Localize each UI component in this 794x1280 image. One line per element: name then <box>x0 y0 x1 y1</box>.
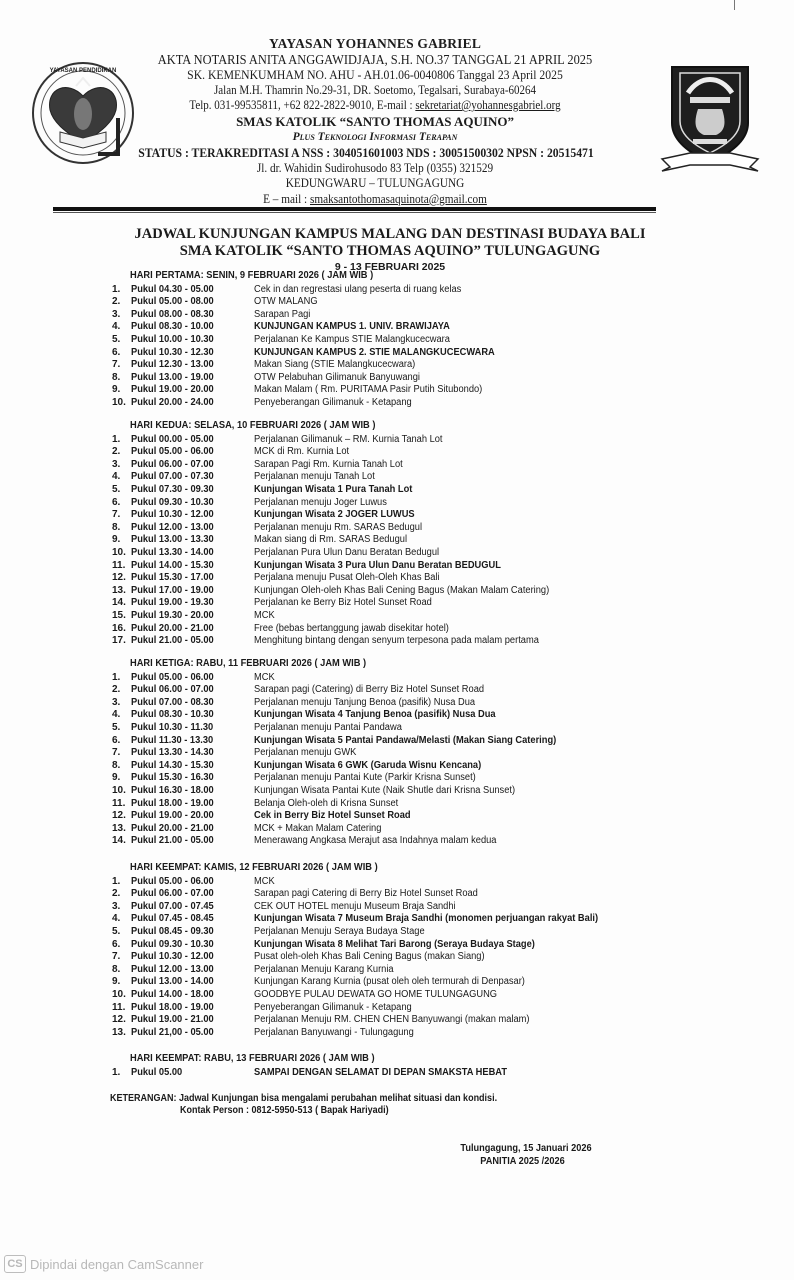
row-activity: Perjalanan menuju Tanjung Benoa (pasifik… <box>254 696 475 709</box>
row-activity: OTW MALANG <box>254 295 318 308</box>
letterhead: YAYASAN PENDIDIKAN YAYASAN YOHANNES GABR… <box>0 0 794 215</box>
schedule-row: 7.Pukul 12.30 - 13.00Makan Siang (STIE M… <box>0 358 794 371</box>
schedule-row: 2.Pukul 05.00 - 06.00MCK di Rm. Kurnia L… <box>0 445 794 458</box>
row-number: 6. <box>112 734 120 747</box>
schedule-row: 5.Pukul 07.30 - 09.30Kunjungan Wisata 1 … <box>0 483 794 496</box>
row-number: 3. <box>112 900 120 913</box>
camscanner-logo-icon: CS <box>4 1255 26 1273</box>
row-time: Pukul 08.45 - 09.30 <box>131 925 214 938</box>
foundation-contact: Telp. 031-99535811, +62 822-2822-9010, E… <box>137 98 612 114</box>
row-time: Pukul 19.00 - 20.00 <box>131 809 214 822</box>
row-time: Pukul 05.00 - 06.00 <box>131 445 214 458</box>
remark-note: KETERANGAN: Jadwal Kunjungan bisa mengal… <box>110 1093 497 1104</box>
row-time: Pukul 13.00 - 19.00 <box>131 371 214 384</box>
foundation-phone: Telp. 031-99535811, +62 822-2822-9010, E… <box>189 98 415 112</box>
row-number: 13. <box>112 822 126 835</box>
row-number: 4. <box>112 320 120 333</box>
row-activity: Makan siang di Rm. SARAS Bedugul <box>254 533 407 546</box>
schedule-row: 14.Pukul 19.00 - 19.30Perjalanan ke Berr… <box>0 596 794 609</box>
row-activity: MCK <box>254 609 275 622</box>
schedule-row: 1.Pukul 05.00 - 06.00MCK <box>0 875 794 888</box>
row-time: Pukul 19.00 - 21.00 <box>131 1013 214 1026</box>
school-email-link[interactable]: smaksantothomasaquinota@gmail.com <box>310 192 487 206</box>
row-activity: MCK <box>254 875 275 888</box>
row-number: 7. <box>112 746 120 759</box>
schedule-row: 1.Pukul 04.30 - 05.00Cek in dan regresta… <box>0 283 794 296</box>
row-activity: Kunjungan Karang Kurnia (pusat oleh oleh… <box>254 975 525 988</box>
row-activity: Perjalanan Menuju Seraya Budaya Stage <box>254 925 425 938</box>
row-activity: Sarapan Pagi <box>254 308 310 321</box>
schedule-row: 2.Pukul 06.00 - 07.00Sarapan pagi (Cater… <box>0 683 794 696</box>
row-number: 10. <box>112 784 126 797</box>
row-number: 8. <box>112 963 120 976</box>
row-activity: MCK di Rm. Kurnia Lot <box>254 445 349 458</box>
day-heading: HARI KEDUA: SELASA, 10 FEBRUARI 2026 ( J… <box>130 420 375 431</box>
schedule-row: 5.Pukul 08.45 - 09.30Perjalanan Menuju S… <box>0 925 794 938</box>
row-time: Pukul 14.00 - 15.30 <box>131 559 214 572</box>
row-activity: Perjalanan Menuju Karang Kurnia <box>254 963 394 976</box>
row-time: Pukul 04.30 - 05.00 <box>131 283 214 296</box>
notary-deed: AKTA NOTARIS ANITA ANGGAWIDJAJA, S.H. NO… <box>127 52 624 68</box>
schedule-row: 3.Pukul 07.00 - 07.45CEK OUT HOTEL menuj… <box>0 900 794 913</box>
schedule-row: 16.Pukul 20.00 - 21.00Free (bebas bertan… <box>0 622 794 635</box>
schedule-row: 11.Pukul 18.00 - 19.00Penyeberangan Gili… <box>0 1001 794 1014</box>
row-number: 14. <box>112 834 126 847</box>
day-heading: HARI KEEMPAT: RABU, 13 FEBRUARI 2026 ( J… <box>130 1053 375 1064</box>
row-activity: Makan Malam ( Rm. PURITAMA Pasir Putih S… <box>254 383 482 396</box>
row-number: 5. <box>112 925 120 938</box>
row-number: 7. <box>112 950 120 963</box>
row-activity: Perjalanan Banyuwangi - Tulungagung <box>254 1026 414 1039</box>
schedule-row: 9.Pukul 15.30 - 16.30Perjalanan menuju P… <box>0 771 794 784</box>
row-number: 10. <box>112 546 126 559</box>
schedule-row: 2.Pukul 05.00 - 08.00OTW MALANG <box>0 295 794 308</box>
schedule-row: 4.Pukul 08.30 - 10.00KUNJUNGAN KAMPUS 1.… <box>0 320 794 333</box>
row-activity: GOODBYE PULAU DEWATA GO HOME TULUNGAGUNG <box>254 988 497 1001</box>
row-time: Pukul 06.00 - 07.00 <box>131 683 214 696</box>
row-time: Pukul 14.30 - 15.30 <box>131 759 214 772</box>
watermark-text: Dipindai dengan CamScanner <box>30 1257 203 1272</box>
place-date: Tulungagung, 15 Januari 2026 <box>460 1142 584 1155</box>
schedule-row: 9.Pukul 19.00 - 20.00Makan Malam ( Rm. P… <box>0 383 794 396</box>
row-number: 11. <box>112 797 125 810</box>
row-activity: Kunjungan Wisata Pantai Kute (Naik Shutl… <box>254 784 515 797</box>
row-number: 1. <box>112 283 120 296</box>
row-activity: Perjalanan Gilimanuk – RM. Kurnia Tanah … <box>254 433 443 446</box>
schedule-row: 4.Pukul 07.00 - 07.30Perjalanan menuju T… <box>0 470 794 483</box>
row-number: 17. <box>112 634 126 647</box>
schedule-row: 10.Pukul 16.30 - 18.00Kunjungan Wisata P… <box>0 784 794 797</box>
day-heading: HARI KEEMPAT: KAMIS, 12 FEBRUARI 2026 ( … <box>130 862 378 873</box>
school-email-line: E – mail : smaksantothomasaquinota@gmail… <box>132 192 618 208</box>
camscanner-watermark: CS Dipindai dengan CamScanner <box>4 1255 203 1273</box>
row-number: 3. <box>112 696 120 709</box>
row-time: Pukul 12.00 - 13.00 <box>131 521 214 534</box>
row-number: 5. <box>112 483 120 496</box>
day-heading: HARI PERTAMA: SENIN, 9 FEBRUARI 2026 ( J… <box>130 270 373 281</box>
row-number: 5. <box>112 721 120 734</box>
row-activity: Kunjungan Wisata 3 Pura Ulun Danu Berata… <box>254 559 501 572</box>
foundation-email-link[interactable]: sekretariat@yohannesgabriel.org <box>415 98 560 112</box>
row-number: 13. <box>112 1026 126 1039</box>
row-activity: Cek in Berry Biz Hotel Sunset Road <box>254 809 411 822</box>
schedule-row: 3.Pukul 06.00 - 07.00Sarapan Pagi Rm. Ku… <box>0 458 794 471</box>
row-number: 4. <box>112 708 120 721</box>
schedule-row: 15.Pukul 19.30 - 20.00MCK <box>0 609 794 622</box>
row-time: Pukul 20.00 - 21.00 <box>131 822 214 835</box>
row-number: 2. <box>112 683 120 696</box>
row-activity: OTW Pelabuhan Gilimanuk Banyuwangi <box>254 371 420 384</box>
row-time: Pukul 09.30 - 10.30 <box>131 496 214 509</box>
row-time: Pukul 20.00 - 24.00 <box>131 396 214 409</box>
schedule-row: 3.Pukul 07.00 - 08.30Perjalanan menuju T… <box>0 696 794 709</box>
document-title: JADWAL KUNJUNGAN KAMPUS MALANG DAN DESTI… <box>100 226 680 274</box>
row-time: Pukul 07.45 - 08.45 <box>131 912 214 925</box>
schedule-row: 11.Pukul 18.00 - 19.00Belanja Oleh-oleh … <box>0 797 794 810</box>
row-activity: Penyeberangan Gilimanuk - Ketapang <box>254 396 412 409</box>
committee-name: PANITIA 2025 /2026 <box>460 1155 584 1168</box>
row-time: Pukul 05.00 - 06.00 <box>131 671 214 684</box>
row-number: 4. <box>112 912 120 925</box>
row-time: Pukul 13.00 - 13.30 <box>131 533 214 546</box>
row-activity: Penyeberangan Gilimanuk - Ketapang <box>254 1001 412 1014</box>
schedule-row: 11.Pukul 14.00 - 15.30Kunjungan Wisata 3… <box>0 559 794 572</box>
row-time: Pukul 05.00 - 08.00 <box>131 295 214 308</box>
row-activity: Kunjungan Wisata 1 Pura Tanah Lot <box>254 483 412 496</box>
row-time: Pukul 00.00 - 05.00 <box>131 433 214 446</box>
row-activity: CEK OUT HOTEL menuju Museum Braja Sandhi <box>254 900 456 913</box>
row-number: 5. <box>112 333 120 346</box>
row-number: 11. <box>112 559 125 572</box>
schedule-row: 13.Pukul 17.00 - 19.00Kunjungan Oleh-ole… <box>0 584 794 597</box>
row-time: Pukul 13.00 - 14.00 <box>131 975 214 988</box>
row-activity: Kunjungan Oleh-oleh Khas Bali Cening Bag… <box>254 584 549 597</box>
scanned-document-page: YAYASAN PENDIDIKAN YAYASAN YOHANNES GABR… <box>0 0 794 1280</box>
row-activity: Kunjungan Wisata 2 JOGER LUWUS <box>254 508 415 521</box>
school-shield-logo-icon <box>660 63 760 173</box>
row-time: Pukul 19.00 - 20.00 <box>131 383 214 396</box>
school-name: SMAS KATOLIK “SANTO THOMAS AQUINO” <box>105 114 645 130</box>
row-time: Pukul 14.00 - 18.00 <box>131 988 214 1001</box>
row-time: Pukul 06.00 - 07.00 <box>131 458 214 471</box>
row-time: Pukul 07.30 - 09.30 <box>131 483 214 496</box>
row-time: Pukul 18.00 - 19.00 <box>131 1001 214 1014</box>
row-time: Pukul 05.00 <box>131 1066 182 1079</box>
row-time: Pukul 19.30 - 20.00 <box>131 609 214 622</box>
schedule-row: 9.Pukul 13.00 - 14.00Kunjungan Karang Ku… <box>0 975 794 988</box>
row-number: 1. <box>112 671 120 684</box>
schedule-row: 1.Pukul 05.00SAMPAI DENGAN SELAMAT DI DE… <box>0 1066 794 1079</box>
schedule-row: 8.Pukul 12.00 - 13.00Perjalanan Menuju K… <box>0 963 794 976</box>
schedule-row: 1.Pukul 00.00 - 05.00Perjalanan Gilimanu… <box>0 433 794 446</box>
signature-block: Tulungagung, 15 Januari 2026 PANITIA 202… <box>455 1142 590 1168</box>
schedule-row: 9.Pukul 13.00 - 13.30Makan siang di Rm. … <box>0 533 794 546</box>
schedule-row: 13.Pukul 21,00 - 05.00Perjalanan Banyuwa… <box>0 1026 794 1039</box>
row-number: 3. <box>112 458 120 471</box>
row-activity: KUNJUNGAN KAMPUS 1. UNIV. BRAWIJAYA <box>254 320 450 333</box>
row-time: Pukul 10.30 - 12.00 <box>131 508 214 521</box>
row-time: Pukul 10.30 - 11.30 <box>131 721 213 734</box>
row-number: 8. <box>112 371 120 384</box>
schedule-row: 2.Pukul 06.00 - 07.00Sarapan pagi Cateri… <box>0 887 794 900</box>
schedule-row: 8.Pukul 14.30 - 15.30Kunjungan Wisata 6 … <box>0 759 794 772</box>
row-time: Pukul 21.00 - 05.00 <box>131 834 214 847</box>
row-time: Pukul 07.00 - 07.30 <box>131 470 214 483</box>
row-number: 4. <box>112 470 120 483</box>
row-time: Pukul 08.30 - 10.00 <box>131 320 214 333</box>
row-time: Pukul 13.30 - 14.00 <box>131 546 214 559</box>
schedule-row: 7.Pukul 10.30 - 12.00Kunjungan Wisata 2 … <box>0 508 794 521</box>
school-city: KEDUNGWARU – TULUNGAGUNG <box>132 176 618 192</box>
row-number: 13. <box>112 584 126 597</box>
school-tagline: Plus Teknologi Informasi Terapan <box>105 130 645 146</box>
title-line-2: SMA KATOLIK “SANTO THOMAS AQUINO” TULUNG… <box>100 243 680 260</box>
row-number: 1. <box>112 875 120 888</box>
row-time: Pukul 20.00 - 21.00 <box>131 622 214 635</box>
schedule-row: 3.Pukul 08.00 - 08.30Sarapan Pagi <box>0 308 794 321</box>
row-number: 9. <box>112 771 120 784</box>
row-number: 8. <box>112 521 120 534</box>
row-number: 14. <box>112 596 126 609</box>
row-time: Pukul 07.00 - 08.30 <box>131 696 214 709</box>
foundation-name: YAYASAN YOHANNES GABRIEL <box>105 36 645 52</box>
schedule-row: 8.Pukul 13.00 - 19.00OTW Pelabuhan Gilim… <box>0 371 794 384</box>
schedule-row: 6.Pukul 11.30 - 13.30Kunjungan Wisata 5 … <box>0 734 794 747</box>
row-number: 1. <box>112 433 120 446</box>
row-activity: Free (bebas bertanggung jawab disekitar … <box>254 622 449 635</box>
row-time: Pukul 08.30 - 10.30 <box>131 708 214 721</box>
row-activity: Sarapan pagi Catering di Berry Biz Hotel… <box>254 887 478 900</box>
contact-person: Kontak Person : 0812-5950-513 ( Bapak Ha… <box>180 1105 389 1116</box>
row-activity: Perjalanan menuju Rm. SARAS Bedugul <box>254 521 422 534</box>
row-time: Pukul 10.30 - 12.30 <box>131 346 214 359</box>
accreditation-status: STATUS : TERAKREDITASI A NSS : 304051601… <box>115 145 617 161</box>
row-activity: Kunjungan Wisata 6 GWK (Garuda Wisnu Ken… <box>254 759 481 772</box>
row-time: Pukul 05.00 - 06.00 <box>131 875 214 888</box>
row-activity: Makan Siang (STIE Malangkucecwara) <box>254 358 415 371</box>
row-number: 6. <box>112 496 120 509</box>
schedule-row: 14.Pukul 21.00 - 05.00Menerawang Angkasa… <box>0 834 794 847</box>
schedule-row: 6.Pukul 09.30 - 10.30Perjalanan menuju J… <box>0 496 794 509</box>
schedule-row: 13.Pukul 20.00 - 21.00MCK + Makan Malam … <box>0 822 794 835</box>
row-activity: Perjalanan menuju Joger Luwus <box>254 496 387 509</box>
row-activity: Sarapan Pagi Rm. Kurnia Tanah Lot <box>254 458 403 471</box>
letterhead-divider-thin <box>53 212 656 213</box>
row-activity: Kunjungan Wisata 7 Museum Braja Sandhi (… <box>254 912 598 925</box>
row-activity: Perjalanan Menuju RM. CHEN CHEN Banyuwan… <box>254 1013 529 1026</box>
row-activity: Perjalana menuju Pusat Oleh-Oleh Khas Ba… <box>254 571 440 584</box>
row-time: Pukul 15.30 - 17.00 <box>131 571 214 584</box>
row-time: Pukul 07.00 - 07.45 <box>131 900 214 913</box>
row-number: 2. <box>112 887 120 900</box>
row-time: Pukul 16.30 - 18.00 <box>131 784 214 797</box>
schedule-row: 4.Pukul 08.30 - 10.30Kunjungan Wisata 4 … <box>0 708 794 721</box>
row-activity: Belanja Oleh-oleh di Krisna Sunset <box>254 797 398 810</box>
school-address: Jl. dr. Wahidin Sudirohusodo 83 Telp (03… <box>132 161 618 177</box>
row-activity: Perjalanan menuju Pantai Pandawa <box>254 721 402 734</box>
row-activity: MCK + Makan Malam Catering <box>254 822 381 835</box>
row-time: Pukul 13.30 - 14.30 <box>131 746 214 759</box>
row-time: Pukul 11.30 - 13.30 <box>131 734 213 747</box>
row-activity: Kunjungan Wisata 4 Tanjung Benoa (pasifi… <box>254 708 496 721</box>
schedule-row: 1.Pukul 05.00 - 06.00MCK <box>0 671 794 684</box>
row-activity: Menghitung bintang dengan senyum terpeso… <box>254 634 539 647</box>
row-number: 10. <box>112 988 126 1001</box>
row-number: 3. <box>112 308 120 321</box>
row-activity: Perjalanan Pura Ulun Danu Beratan Bedugu… <box>254 546 439 559</box>
schedule-row: 12.Pukul 19.00 - 21.00Perjalanan Menuju … <box>0 1013 794 1026</box>
row-number: 6. <box>112 938 120 951</box>
schedule-row: 10.Pukul 20.00 - 24.00Penyeberangan Gili… <box>0 396 794 409</box>
schedule-row: 10.Pukul 14.00 - 18.00GOODBYE PULAU DEWA… <box>0 988 794 1001</box>
row-time: Pukul 15.30 - 16.30 <box>131 771 214 784</box>
row-number: 16. <box>112 622 126 635</box>
row-activity: Perjalanan menuju Tanah Lot <box>254 470 375 483</box>
row-number: 12. <box>112 809 126 822</box>
row-activity: MCK <box>254 671 275 684</box>
row-activity: KUNJUNGAN KAMPUS 2. STIE MALANGKUCECWARA <box>254 346 495 359</box>
ministry-decree: SK. KEMENKUMHAM NO. AHU - AH.01.06-00408… <box>132 67 618 83</box>
row-number: 6. <box>112 346 120 359</box>
row-activity: Cek in dan regrestasi ulang peserta di r… <box>254 283 461 296</box>
schedule-row: 12.Pukul 19.00 - 20.00Cek in Berry Biz H… <box>0 809 794 822</box>
row-activity: Sarapan pagi (Catering) di Berry Biz Hot… <box>254 683 484 696</box>
row-time: Pukul 09.30 - 10.30 <box>131 938 214 951</box>
row-number: 1. <box>112 1066 120 1079</box>
foundation-address: Jalan M.H. Thamrin No.29-31, DR. Soetomo… <box>137 83 612 99</box>
row-number: 15. <box>112 609 126 622</box>
row-time: Pukul 06.00 - 07.00 <box>131 887 214 900</box>
schedule-row: 6.Pukul 09.30 - 10.30Kunjungan Wisata 8 … <box>0 938 794 951</box>
row-activity: Perjalanan Ke Kampus STIE Malangkucecwar… <box>254 333 450 346</box>
row-activity: Kunjungan Wisata 5 Pantai Pandawa/Melast… <box>254 734 556 747</box>
row-number: 12. <box>112 571 126 584</box>
row-time: Pukul 18.00 - 19.00 <box>131 797 214 810</box>
row-time: Pukul 17.00 - 19.00 <box>131 584 214 597</box>
schedule-row: 7.Pukul 10.30 - 12.00Pusat oleh-oleh Kha… <box>0 950 794 963</box>
row-activity: Perjalanan menuju Pantai Kute (Parkir Kr… <box>254 771 476 784</box>
row-number: 9. <box>112 975 120 988</box>
schedule-row: 4.Pukul 07.45 - 08.45Kunjungan Wisata 7 … <box>0 912 794 925</box>
row-time: Pukul 12.30 - 13.00 <box>131 358 214 371</box>
row-number: 10. <box>112 396 126 409</box>
schedule-row: 7.Pukul 13.30 - 14.30Perjalanan menuju G… <box>0 746 794 759</box>
row-number: 11. <box>112 1001 125 1014</box>
schedule-row: 5.Pukul 10.30 - 11.30Perjalanan menuju P… <box>0 721 794 734</box>
row-number: 7. <box>112 358 120 371</box>
row-number: 2. <box>112 445 120 458</box>
row-activity: SAMPAI DENGAN SELAMAT DI DEPAN SMAKSTA H… <box>254 1066 507 1079</box>
title-line-1: JADWAL KUNJUNGAN KAMPUS MALANG DAN DESTI… <box>100 226 680 243</box>
row-number: 7. <box>112 508 120 521</box>
schedule-row: 12.Pukul 15.30 - 17.00Perjalana menuju P… <box>0 571 794 584</box>
school-email-label: E – mail : <box>263 192 310 206</box>
row-activity: Perjalanan ke Berry Biz Hotel Sunset Roa… <box>254 596 432 609</box>
row-time: Pukul 21,00 - 05.00 <box>131 1026 214 1039</box>
schedule-row: 8.Pukul 12.00 - 13.00Perjalanan menuju R… <box>0 521 794 534</box>
row-number: 8. <box>112 759 120 772</box>
day-heading: HARI KETIGA: RABU, 11 FEBRUARI 2026 ( JA… <box>130 658 366 669</box>
row-number: 9. <box>112 383 120 396</box>
letterhead-text: YAYASAN YOHANNES GABRIEL AKTA NOTARIS AN… <box>105 36 645 208</box>
row-time: Pukul 21.00 - 05.00 <box>131 634 214 647</box>
schedule-row: 6.Pukul 10.30 - 12.30KUNJUNGAN KAMPUS 2.… <box>0 346 794 359</box>
row-activity: Pusat oleh-oleh Khas Bali Cening Bagus (… <box>254 950 485 963</box>
row-time: Pukul 12.00 - 13.00 <box>131 963 214 976</box>
row-time: Pukul 10.30 - 12.00 <box>131 950 214 963</box>
letterhead-divider <box>53 207 656 211</box>
row-activity: Menerawang Angkasa Merajut asa Indahnya … <box>254 834 496 847</box>
row-activity: Kunjungan Wisata 8 Melihat Tari Barong (… <box>254 938 535 951</box>
schedule-row: 5.Pukul 10.00 - 10.30Perjalanan Ke Kampu… <box>0 333 794 346</box>
row-time: Pukul 19.00 - 19.30 <box>131 596 214 609</box>
schedule-row: 10.Pukul 13.30 - 14.00Perjalanan Pura Ul… <box>0 546 794 559</box>
row-number: 9. <box>112 533 120 546</box>
row-activity: Perjalanan menuju GWK <box>254 746 356 759</box>
row-number: 12. <box>112 1013 126 1026</box>
schedule-row: 17.Pukul 21.00 - 05.00Menghitung bintang… <box>0 634 794 647</box>
row-number: 2. <box>112 295 120 308</box>
row-time: Pukul 10.00 - 10.30 <box>131 333 214 346</box>
row-time: Pukul 08.00 - 08.30 <box>131 308 214 321</box>
